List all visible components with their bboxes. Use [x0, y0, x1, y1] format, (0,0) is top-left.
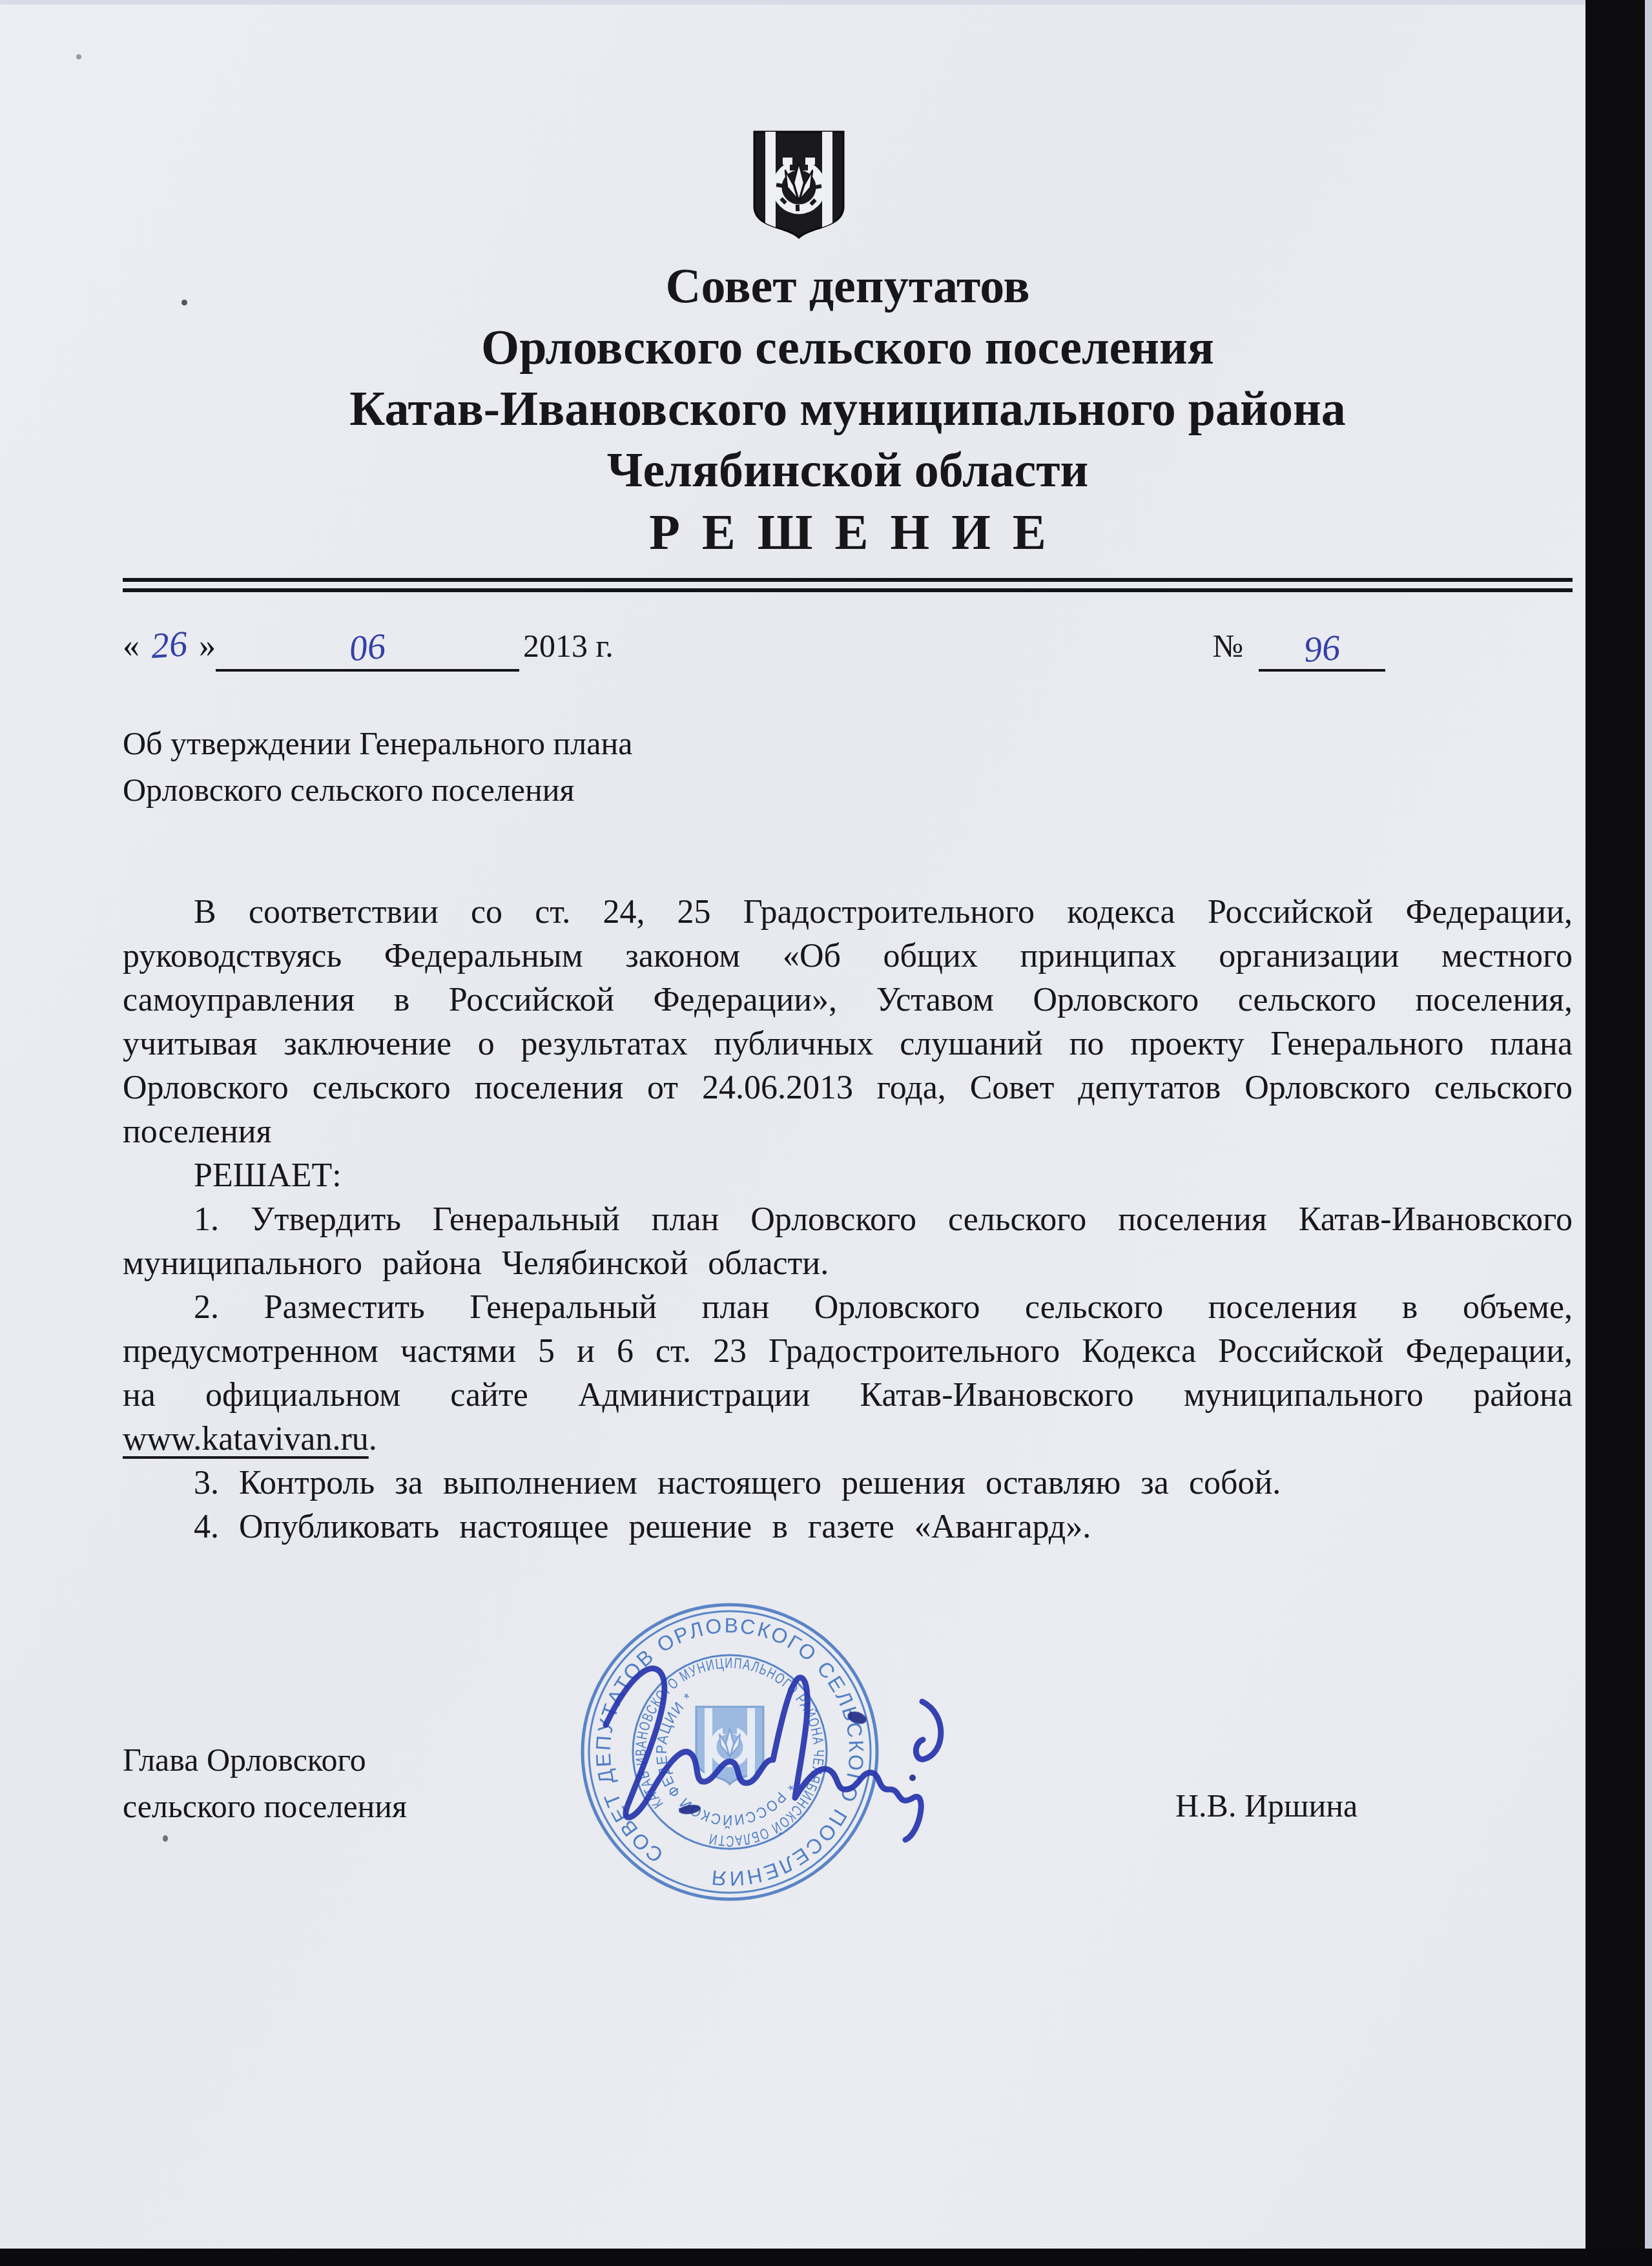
subject-line: Об утверждении Генерального плана	[123, 720, 1573, 767]
signer-position-line: сельского поселения	[123, 1783, 407, 1829]
close-quote: »	[199, 627, 216, 665]
item-2: 2. Разместить Генеральный план Орловског…	[123, 1286, 1573, 1461]
org-name-line: Челябинской области	[123, 440, 1573, 501]
resolves-label: РЕШАЕТ:	[123, 1154, 1573, 1198]
website-link[interactable]: www.katavivan.ru	[123, 1421, 369, 1457]
body-text: В соответствии со ст. 24, 25 Градостроит…	[123, 891, 1573, 1549]
handwritten-day: 26	[150, 623, 189, 667]
open-quote: «	[123, 627, 139, 665]
coat-of-arms-icon	[750, 128, 847, 239]
document-type-title: РЕШЕНИЕ	[123, 501, 1573, 562]
item-1: 1. Утвердить Генеральный план Орловского…	[123, 1198, 1573, 1286]
org-name-line: Орловского сельского поселения	[123, 317, 1573, 378]
item-2-text: 2. Разместить Генеральный план Орловског…	[123, 1289, 1573, 1414]
item-4: 4. Опубликовать настоящее решение в газе…	[123, 1505, 1573, 1549]
handwritten-number: 96	[1303, 628, 1341, 670]
scan-edge-right	[1585, 0, 1645, 2266]
number-sign: №	[1212, 627, 1243, 664]
signature-section: Глава Орловского сельского поселения	[123, 1588, 1573, 1975]
item-2-period: .	[369, 1421, 377, 1457]
handwritten-month-line: 06	[216, 630, 519, 672]
date-group: « 26 » 06 2013 г.	[123, 624, 614, 668]
date-number-row: « 26 » 06 2013 г. № 96	[123, 624, 1573, 675]
paper-speck	[163, 1835, 168, 1842]
signer-position: Глава Орловского сельского поселения	[123, 1736, 407, 1829]
scan-edge-right-strip	[1645, 0, 1652, 2266]
handwritten-number-line: 96	[1259, 630, 1385, 672]
org-name-line: Совет депутатов	[123, 256, 1573, 317]
scan-edge-top	[0, 0, 1652, 5]
handwritten-month: 06	[347, 627, 387, 669]
preamble-paragraph: В соответствии со ст. 24, 25 Градостроит…	[123, 891, 1573, 1154]
scanned-document-page: Совет депутатов Орловского сельского пос…	[0, 0, 1652, 2266]
scan-edge-bottom	[0, 2249, 1652, 2266]
paper-speck	[181, 300, 187, 305]
header-divider-rule	[123, 578, 1573, 592]
subject-block: Об утверждении Генерального плана Орловс…	[123, 720, 1573, 813]
signer-position-line: Глава Орловского	[123, 1736, 407, 1783]
signer-name: Н.В. Иршина	[1175, 1787, 1358, 1824]
item-3: 3. Контроль за выполнением настоящего ре…	[123, 1461, 1573, 1505]
year-label: 2013 г.	[523, 627, 614, 664]
official-stamp: СОВЕТ ДЕПУТАТОВ ОРЛОВСКОГО СЕЛЬСКОГО ПОС…	[536, 1584, 949, 1933]
subject-line: Орловского сельского поселения	[123, 767, 1573, 813]
paper-speck	[76, 54, 81, 59]
document-content: Совет депутатов Орловского сельского пос…	[123, 0, 1573, 1975]
document-header: Совет депутатов Орловского сельского пос…	[123, 256, 1573, 562]
number-group: № 96	[1212, 626, 1385, 668]
org-name-line: Катав-Ивановского муниципального района	[123, 378, 1573, 440]
